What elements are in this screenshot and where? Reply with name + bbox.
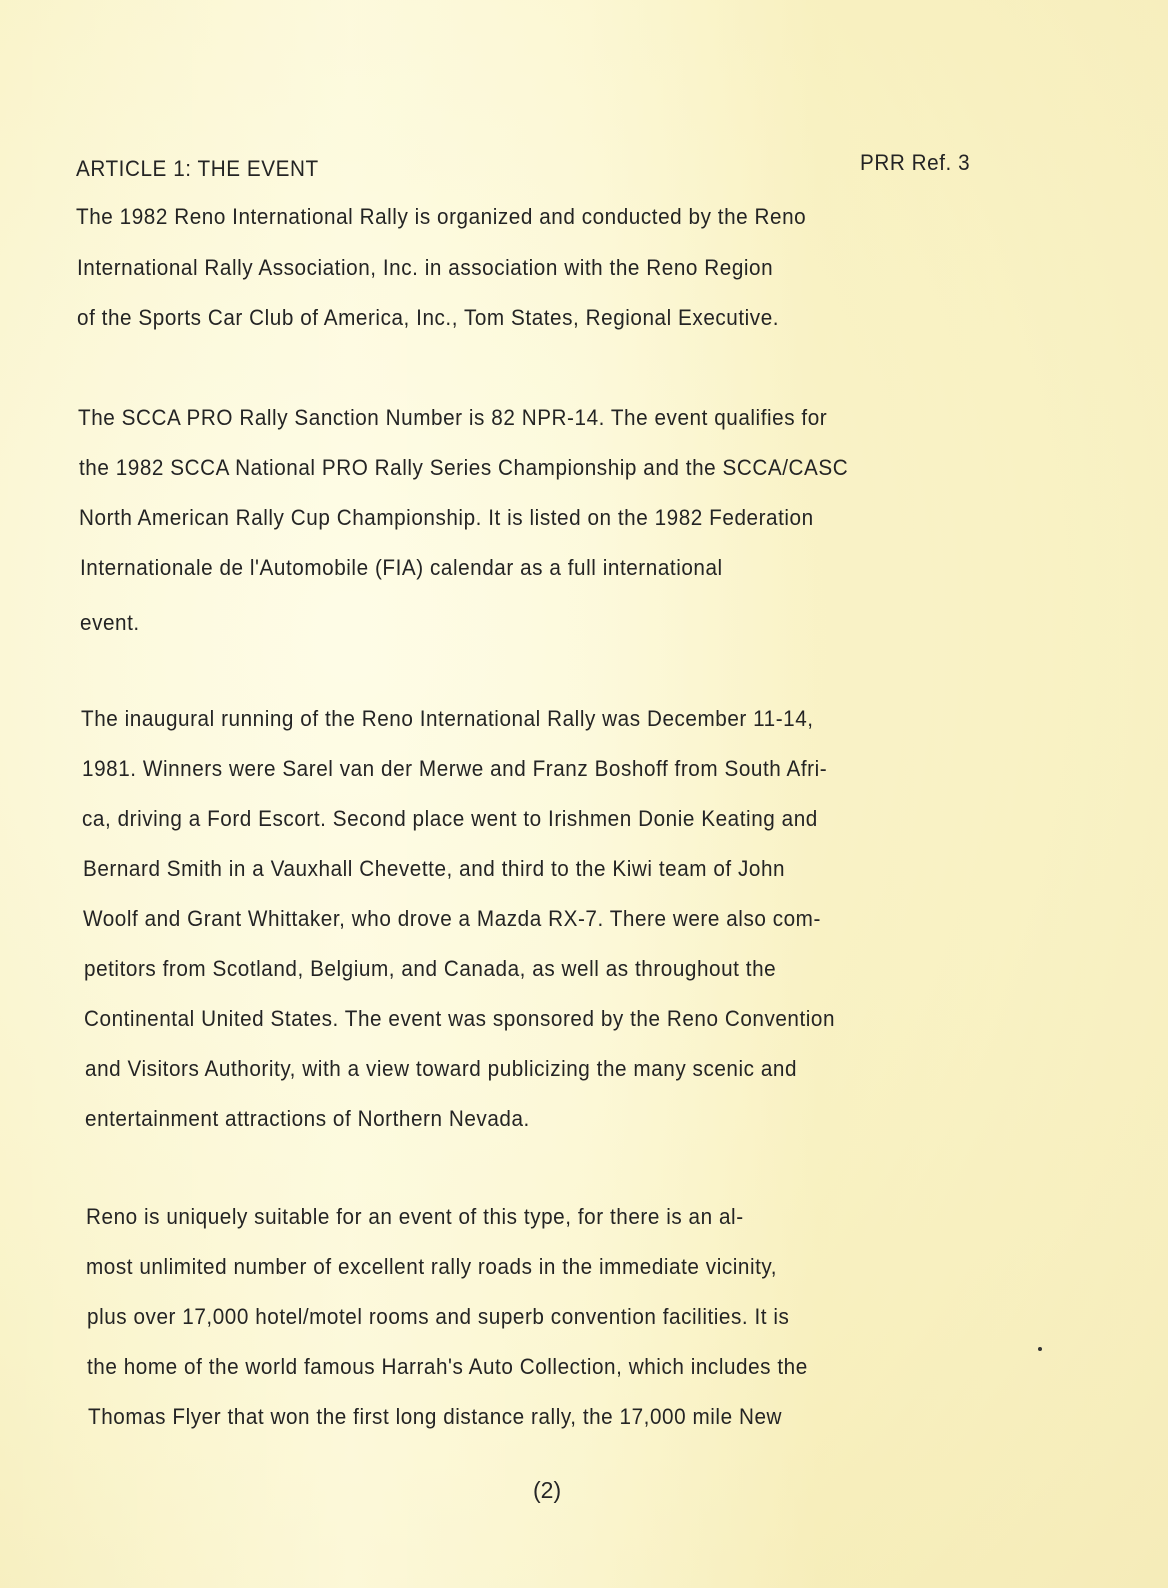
text-line: petitors from Scotland, Belgium, and Can… <box>84 956 776 982</box>
article-title: ARTICLE 1: THE EVENT <box>76 156 319 182</box>
text-line: Internationale de l'Automobile (FIA) cal… <box>80 555 723 581</box>
reference-label: PRR Ref. 3 <box>860 150 970 176</box>
text-line: event. <box>80 610 140 636</box>
ink-speck <box>1038 1347 1042 1351</box>
text-line: Reno is uniquely suitable for an event o… <box>86 1204 744 1230</box>
text-line: plus over 17,000 hotel/motel rooms and s… <box>87 1304 789 1330</box>
text-line: entertainment attractions of Northern Ne… <box>85 1106 530 1132</box>
page-number: (2) <box>533 1477 561 1504</box>
text-line: 1981. Winners were Sarel van der Merwe a… <box>82 756 827 782</box>
text-line: of the Sports Car Club of America, Inc.,… <box>77 305 779 331</box>
text-line: International Rally Association, Inc. in… <box>77 255 773 281</box>
text-line: The SCCA PRO Rally Sanction Number is 82… <box>78 405 827 431</box>
text-line: The inaugural running of the Reno Intern… <box>81 706 814 732</box>
text-line: Thomas Flyer that won the first long dis… <box>88 1404 782 1430</box>
text-line: the home of the world famous Harrah's Au… <box>87 1354 808 1380</box>
text-line: Bernard Smith in a Vauxhall Chevette, an… <box>83 856 785 882</box>
text-line: most unlimited number of excellent rally… <box>86 1254 777 1280</box>
text-line: Continental United States. The event was… <box>84 1006 835 1032</box>
text-line: ca, driving a Ford Escort. Second place … <box>82 806 818 832</box>
document-page: ARTICLE 1: THE EVENT PRR Ref. 3 The 1982… <box>0 0 1168 1588</box>
text-line: North American Rally Cup Championship. I… <box>79 505 814 531</box>
text-line: the 1982 SCCA National PRO Rally Series … <box>79 455 848 481</box>
text-line: and Visitors Authority, with a view towa… <box>85 1056 797 1082</box>
text-line: The 1982 Reno International Rally is org… <box>76 204 806 230</box>
text-line: Woolf and Grant Whittaker, who drove a M… <box>83 906 821 932</box>
